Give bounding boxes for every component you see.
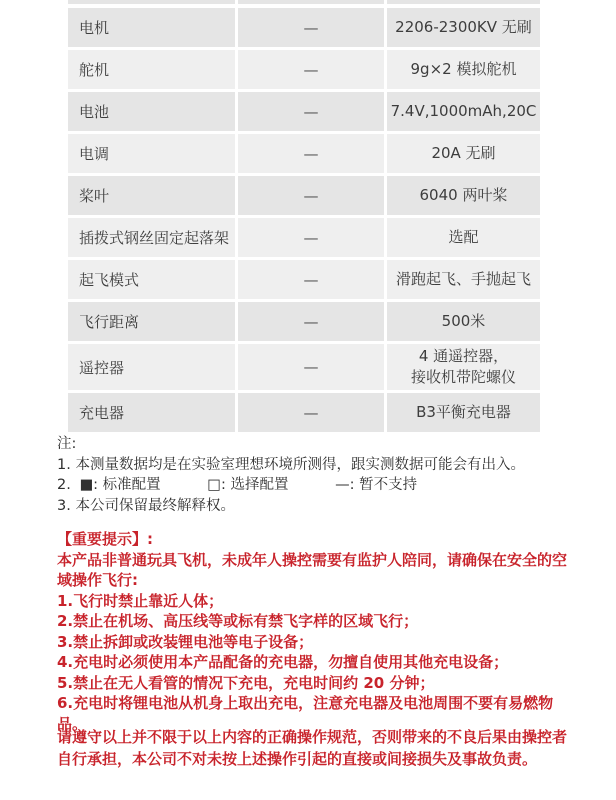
spec-label: 电机 <box>68 8 235 47</box>
important-notice-intro: 本产品非普通玩具飞机，未成年人操控需要有监护人陪同，请确保在安全的空域操作飞行: <box>57 550 569 591</box>
notes-section: 注: 1. 本测量数据均是在实验室理想环境所测得，跟实测数据可能会有出入。 2.… <box>57 434 562 516</box>
note-item-3: 3. 本公司保留最终解释权。 <box>57 496 562 517</box>
important-notice-section: 【重要提示】: 本产品非普通玩具飞机，未成年人操控需要有监护人陪同，请确保在安全… <box>57 529 569 734</box>
spec-value: 6040 两叶桨 <box>387 176 540 215</box>
spec-table: 电机 — 2206-2300KV 无刷 舵机 — 9g×2 模拟舵机 电池 — … <box>68 0 540 435</box>
legend-standard-config: ■: 标准配置 <box>79 477 160 493</box>
spec-value: 9g×2 模拟舵机 <box>387 50 540 89</box>
spec-standard-mark: — <box>238 344 384 390</box>
table-cutoff-cell <box>387 0 540 4</box>
spec-standard-mark: — <box>238 218 384 257</box>
note-item-2-legend: 2. ■: 标准配置 □: 选择配置 —: 暂不支持 <box>57 475 562 496</box>
notes-title: 注: <box>57 434 562 455</box>
warning-item-4: 4.充电时必须使用本产品配备的充电器，勿擅自使用其他充电设备； <box>57 652 569 673</box>
spec-standard-mark: — <box>238 50 384 89</box>
spec-value: B3平衡充电器 <box>387 393 540 432</box>
table-row-transmitter: 遥控器 — 4 通遥控器， 接收机带陀螺仪 <box>68 344 540 390</box>
table-row-charger: 充电器 — B3平衡充电器 <box>68 393 540 432</box>
warning-item-2: 2.禁止在机场、高压线等或标有禁飞字样的区域飞行； <box>57 611 569 632</box>
spec-standard-mark: — <box>238 92 384 131</box>
spec-label: 充电器 <box>68 393 235 432</box>
table-row-motor: 电机 — 2206-2300KV 无刷 <box>68 8 540 47</box>
spec-standard-mark: — <box>238 134 384 173</box>
table-cutoff-cell <box>68 0 235 4</box>
spec-standard-mark: — <box>238 176 384 215</box>
warning-item-5: 5.禁止在无人看管的情况下充电，充电时间约 20 分钟； <box>57 673 569 694</box>
product-spec-page: 电机 — 2206-2300KV 无刷 舵机 — 9g×2 模拟舵机 电池 — … <box>0 0 616 800</box>
spec-value: 选配 <box>387 218 540 257</box>
table-row-battery: 电池 — 7.4V,1000mAh,20C <box>68 92 540 131</box>
spec-value: 7.4V,1000mAh,20C <box>387 92 540 131</box>
spec-label: 飞行距离 <box>68 302 235 341</box>
legend-prefix: 2. <box>57 477 71 493</box>
spec-value: 500米 <box>387 302 540 341</box>
table-row-esc: 电调 — 20A 无刷 <box>68 134 540 173</box>
table-row-flight-distance: 飞行距离 — 500米 <box>68 302 540 341</box>
spec-label: 插拨式钢丝固定起落架 <box>68 218 235 257</box>
spec-value: 滑跑起飞、手抛起飞 <box>387 260 540 299</box>
warning-item-1: 1.飞行时禁止靠近人体； <box>57 591 569 612</box>
spec-label: 电调 <box>68 134 235 173</box>
table-row-takeoff-mode: 起飞模式 — 滑跑起飞、手抛起飞 <box>68 260 540 299</box>
table-row-propeller: 桨叶 — 6040 两叶桨 <box>68 176 540 215</box>
spec-value: 2206-2300KV 无刷 <box>387 8 540 47</box>
spec-standard-mark: — <box>238 8 384 47</box>
disclaimer-text: 请遵守以上并不限于以上内容的正确操作规范，否则带来的不良后果由操控者自行承担，本… <box>57 727 569 770</box>
table-row-landing-gear: 插拨式钢丝固定起落架 — 选配 <box>68 218 540 257</box>
important-notice-title: 【重要提示】: <box>57 529 569 550</box>
note-item-1: 1. 本测量数据均是在实验室理想环境所测得，跟实测数据可能会有出入。 <box>57 455 562 476</box>
legend-not-supported: —: 暂不支持 <box>335 477 417 493</box>
spec-label: 起飞模式 <box>68 260 235 299</box>
spec-label: 舵机 <box>68 50 235 89</box>
spec-label: 遥控器 <box>68 344 235 390</box>
spec-label: 桨叶 <box>68 176 235 215</box>
table-cutoff-cell <box>238 0 384 4</box>
table-cutoff-row <box>68 0 540 4</box>
spec-standard-mark: — <box>238 302 384 341</box>
spec-standard-mark: — <box>238 393 384 432</box>
warning-item-3: 3.禁止拆卸或改装锂电池等电子设备； <box>57 632 569 653</box>
spec-value: 20A 无刷 <box>387 134 540 173</box>
legend-optional-config: □: 选择配置 <box>207 477 288 493</box>
table-row-servo: 舵机 — 9g×2 模拟舵机 <box>68 50 540 89</box>
spec-label: 电池 <box>68 92 235 131</box>
spec-standard-mark: — <box>238 260 384 299</box>
spec-value: 4 通遥控器， 接收机带陀螺仪 <box>387 344 540 390</box>
